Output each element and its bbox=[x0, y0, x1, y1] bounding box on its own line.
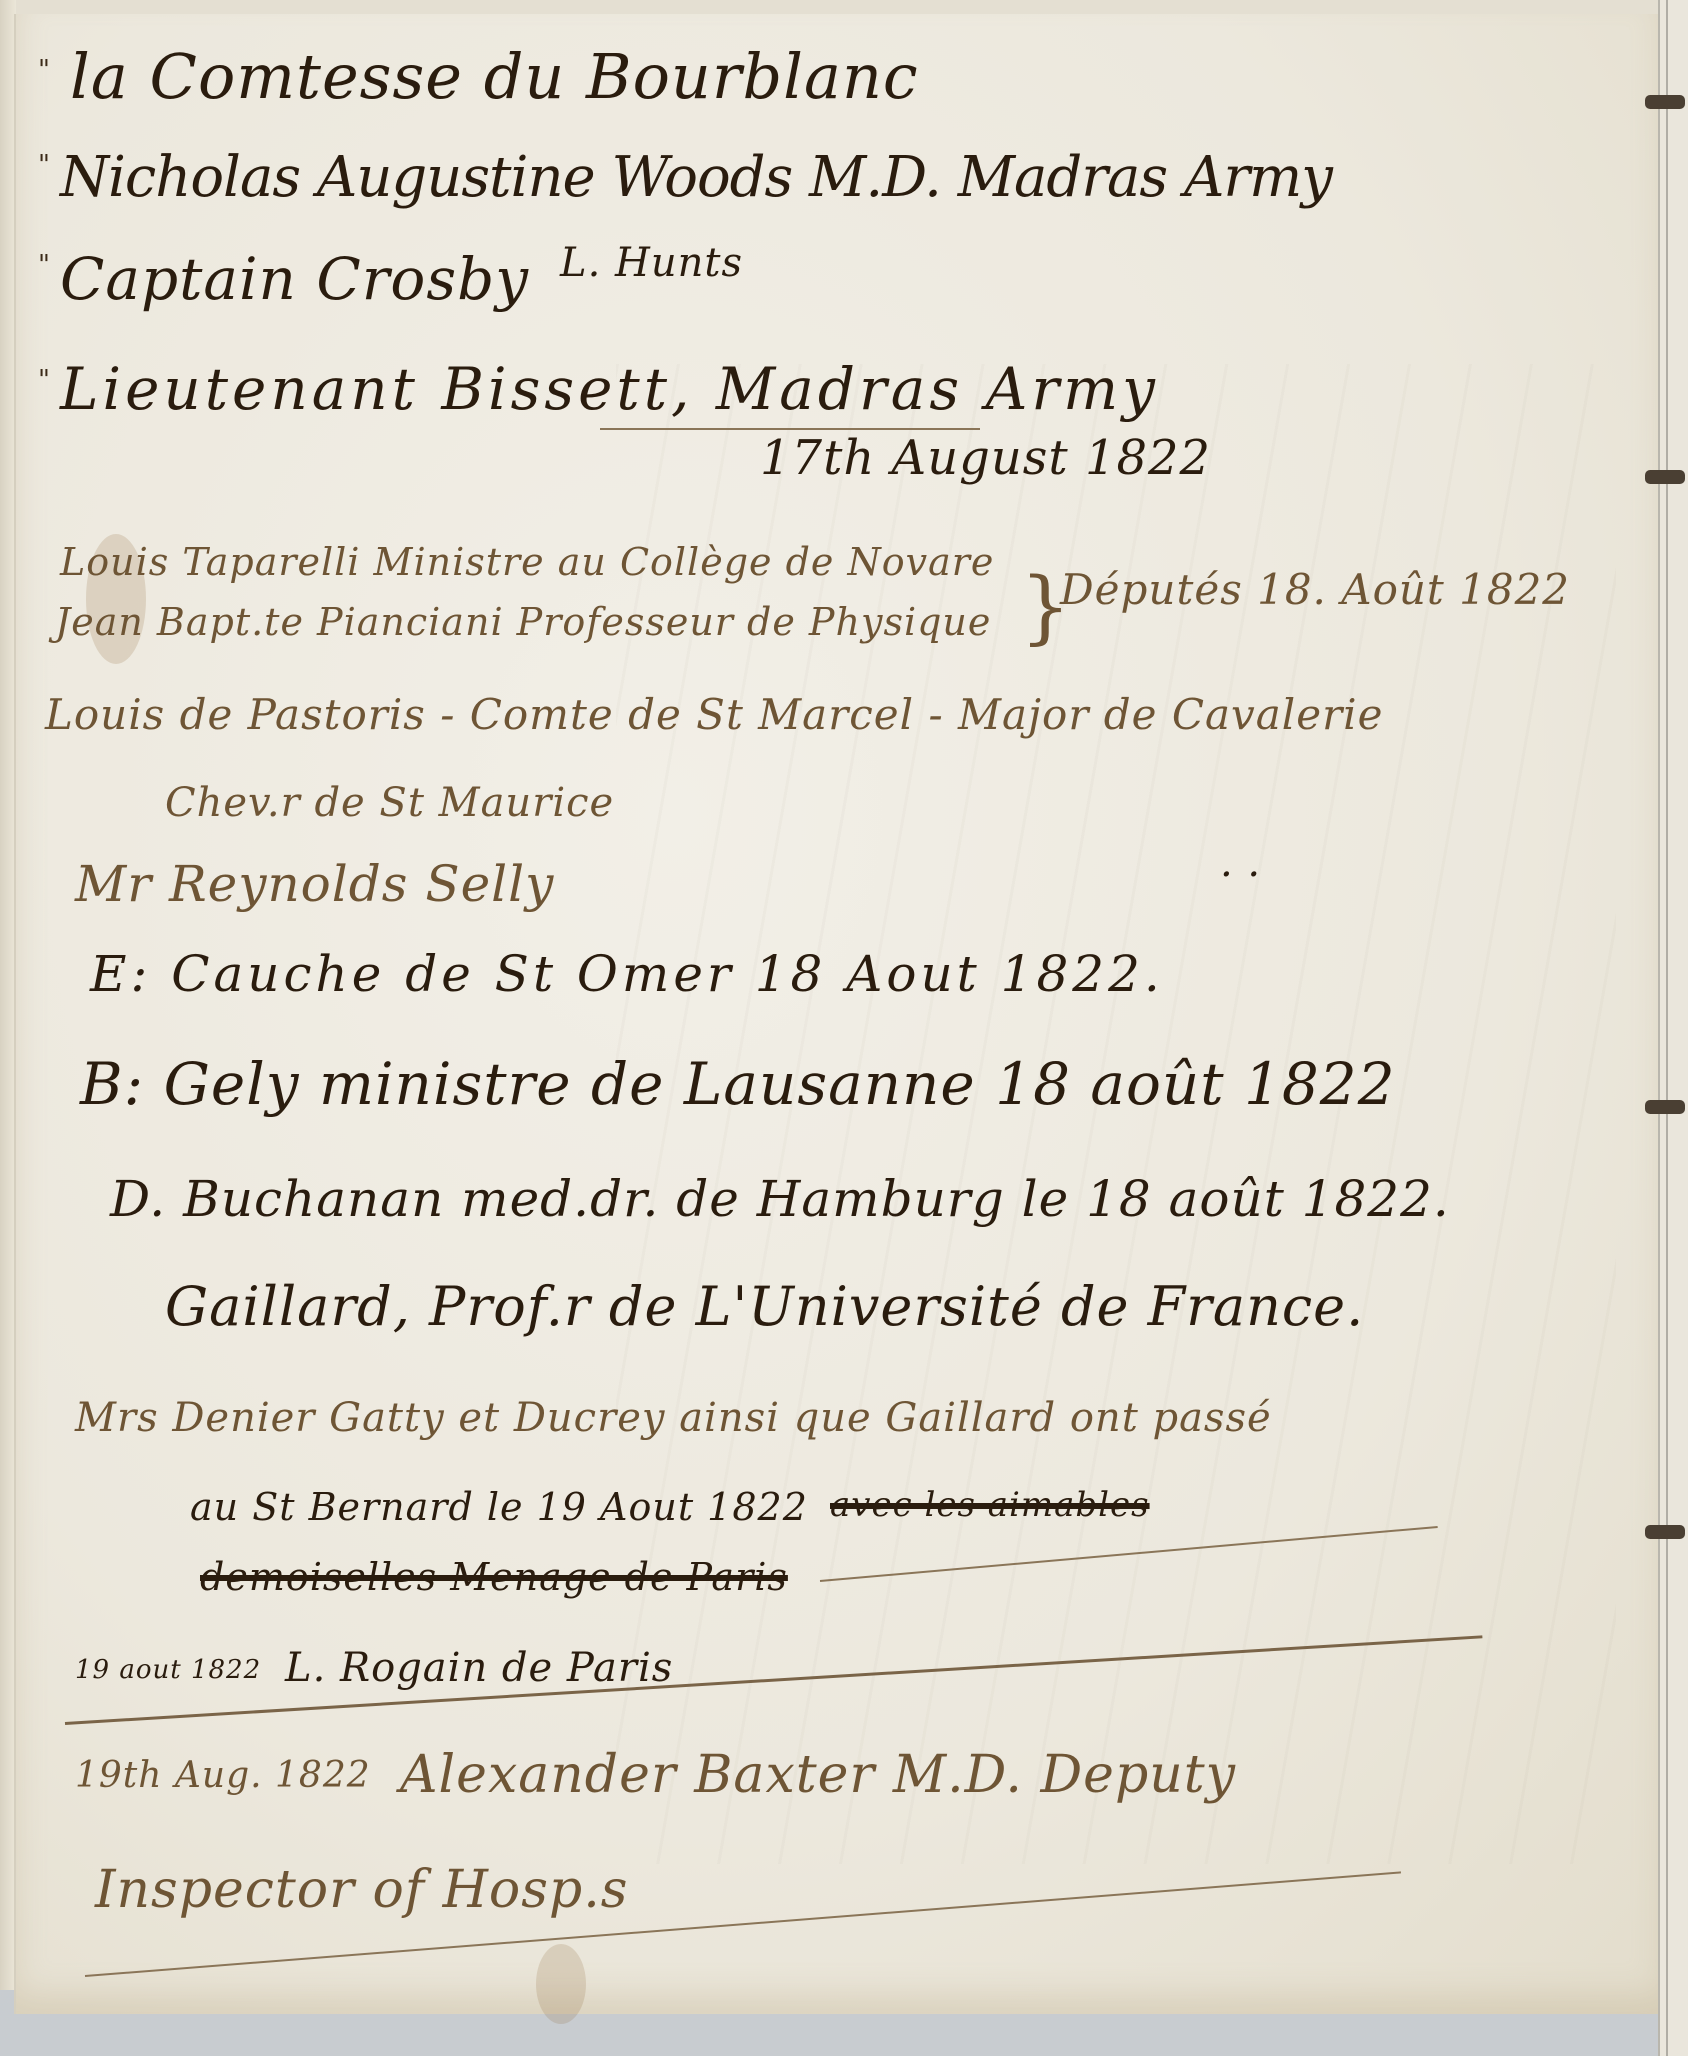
entry-buchanan-hamburg: D. Buchanan med.dr. de Hamburg le 18 aoû… bbox=[110, 1170, 1450, 1228]
entry-nicholas-woods: Nicholas Augustine Woods M.D. Madras Arm… bbox=[60, 145, 1332, 210]
entry-cauche-st-omer: E: Cauche de St Omer 18 Aout 1822. bbox=[90, 945, 1164, 1003]
entry-comtesse-du-bourblanc: la Comtesse du Bourblanc bbox=[70, 40, 919, 113]
struck-text: avec les aimables bbox=[830, 1485, 1150, 1525]
entry-st-bernard-date: au St Bernard le 19 Aout 1822 bbox=[190, 1485, 808, 1529]
entry-crosby-annotation: L. Hunts bbox=[560, 240, 743, 286]
entry-captain-crosby: Captain Crosby bbox=[60, 245, 529, 313]
entry-pianciani: Jean Bapt.te Pianciani Professeur de Phy… bbox=[55, 600, 991, 644]
entry-selly-marks: . . bbox=[1220, 840, 1261, 886]
entry-louis-taparelli: Louis Taparelli Ministre au Collège de N… bbox=[60, 540, 994, 584]
binding-stitch bbox=[1645, 1525, 1685, 1539]
margin-ditto-mark: " bbox=[38, 150, 50, 180]
entry-baxter-date: 19th Aug. 1822 bbox=[75, 1755, 371, 1796]
entry-deputes-date: Députés 18. Août 1822 bbox=[1060, 565, 1570, 614]
entry-reynolds-selly: Mr Reynolds Selly bbox=[75, 855, 554, 913]
struck-text: demoiselles Menage de Paris bbox=[200, 1555, 788, 1599]
entry-louis-de-pastoris: Louis de Pastoris - Comte de St Marcel -… bbox=[45, 690, 1383, 739]
manuscript-page bbox=[14, 14, 1662, 2014]
binding-stitch bbox=[1645, 95, 1685, 109]
book-binding bbox=[1658, 0, 1688, 2056]
entry-inspector-hospitals: Inspector of Hosp.s bbox=[95, 1860, 628, 1920]
entry-alexander-baxter: Alexander Baxter M.D. Deputy bbox=[400, 1745, 1236, 1805]
entry-rogain-paris: L. Rogain de Paris bbox=[285, 1645, 673, 1691]
entry-gely-lausanne: B: Gely ministre de Lausanne 18 août 182… bbox=[80, 1050, 1396, 1118]
entry-lieutenant-bissett: Lieutenant Bissett, Madras Army bbox=[60, 355, 1159, 423]
date-heading-17-august-1822: 17th August 1822 bbox=[760, 430, 1211, 486]
margin-ditto-mark: " bbox=[38, 55, 50, 85]
entry-gaillard: Gaillard, Prof.r de L'Université de Fran… bbox=[165, 1275, 1364, 1338]
entry-denier-gatty-ducrey: Mrs Denier Gatty et Ducrey ainsi que Gai… bbox=[75, 1395, 1272, 1441]
entry-rogain-date: 19 aout 1822 bbox=[75, 1655, 261, 1685]
binding-stitch bbox=[1645, 470, 1685, 484]
water-stain bbox=[536, 1944, 586, 2024]
binding-stitch bbox=[1645, 1100, 1685, 1114]
entry-chevalier-st-maurice: Chev.r de St Maurice bbox=[165, 780, 614, 826]
margin-ditto-mark: " bbox=[38, 365, 50, 395]
margin-ditto-mark: " bbox=[38, 250, 50, 280]
